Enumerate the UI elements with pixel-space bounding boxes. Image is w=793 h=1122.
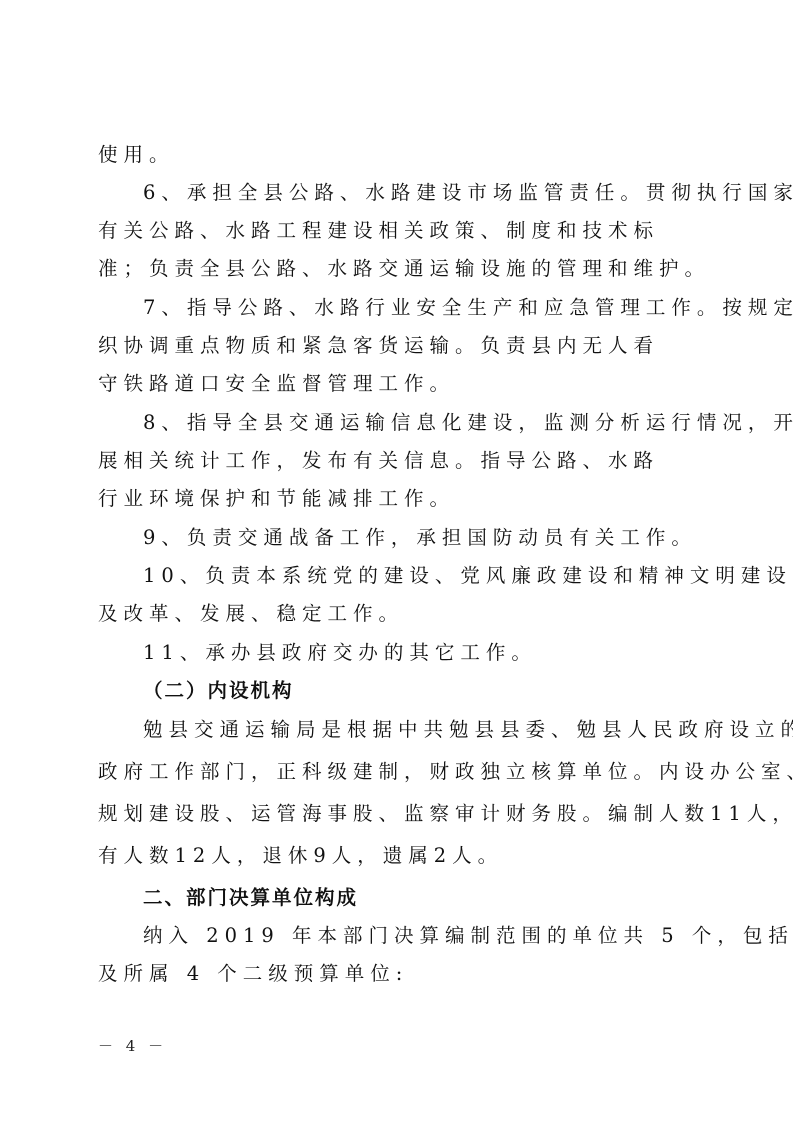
item-6-line-1: 6、承担全县公路、水路建设市场监管责任。贯彻执行国家 bbox=[143, 181, 793, 205]
item-8-line-1: 8、指导全县交通运输信息化建设，监测分析运行情况，开 bbox=[143, 411, 793, 435]
item-10-line-2: 及改革、发展、稳定工作。 bbox=[98, 602, 404, 626]
text-line: 使用。 bbox=[98, 143, 175, 167]
item-7-line-3: 守铁路道口安全监督管理工作。 bbox=[98, 372, 455, 396]
item-6-line-3: 准；负责全县公路、水路交通运输设施的管理和维护。 bbox=[98, 257, 710, 281]
section-heading-unit-composition: 二、部门决算单位构成 bbox=[143, 886, 358, 910]
page-number: － 4 － bbox=[98, 1035, 167, 1056]
structure-paragraph-line-4: 有人数12人，退休9人，遗属2人。 bbox=[98, 844, 503, 868]
item-6-line-2: 有关公路、水路工程建设相关政策、制度和技术标 bbox=[98, 219, 659, 243]
item-8-line-2: 展相关统计工作，发布有关信息。指导公路、水路 bbox=[98, 449, 659, 473]
structure-paragraph-line-2: 政府工作部门，正科级建制，财政独立核算单位。内设办公室、 bbox=[98, 760, 793, 784]
structure-paragraph-line-1: 勉县交通运输局是根据中共勉县县委、勉县人民政府设立的 bbox=[143, 718, 793, 742]
item-7-line-2: 织协调重点物质和紧急客货运输。负责县内无人看 bbox=[98, 334, 659, 358]
composition-paragraph-line-1: 纳入 2019 年本部门决算编制范围的单位共 5 个，包括本级 bbox=[143, 924, 793, 948]
item-10-line-1: 10、负责本系统党的建设、党风廉政建设和精神文明建设以 bbox=[143, 564, 793, 588]
section-heading-internal-structure: （二）内设机构 bbox=[143, 679, 294, 703]
item-9-line-1: 9、负责交通战备工作，承担国防动员有关工作。 bbox=[143, 526, 697, 550]
item-7-line-1: 7、指导公路、水路行业安全生产和应急管理工作。按规定组 bbox=[143, 296, 793, 320]
document-page: 使用。 6、承担全县公路、水路建设市场监管责任。贯彻执行国家 有关公路、水路工程… bbox=[0, 0, 793, 1122]
item-11-line-1: 11、承办县政府交办的其它工作。 bbox=[143, 641, 537, 665]
item-8-line-3: 行业环境保护和节能减排工作。 bbox=[98, 487, 455, 511]
structure-paragraph-line-3: 规划建设股、运管海事股、监察审计财务股。编制人数11人，实 bbox=[98, 802, 793, 826]
composition-paragraph-line-2: 及所属 4 个二级预算单位: bbox=[98, 962, 408, 986]
